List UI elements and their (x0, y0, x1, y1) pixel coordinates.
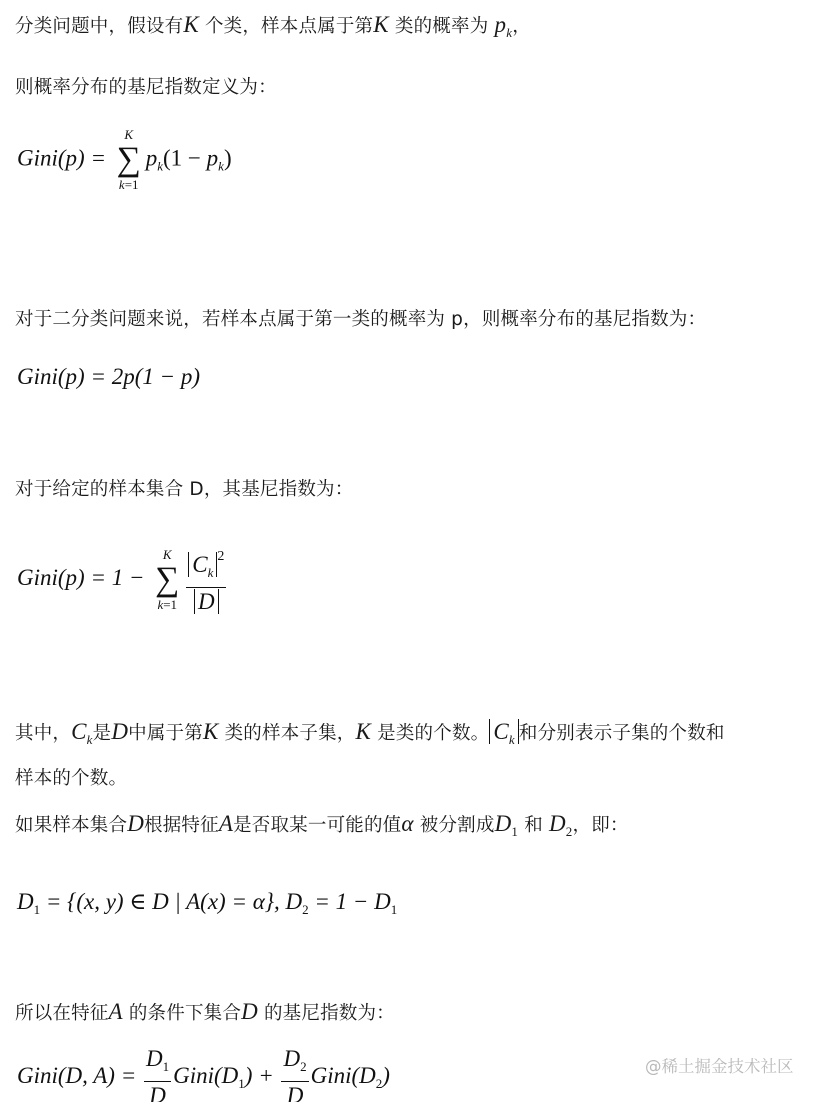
summation-symbol: K∑k=1 (114, 145, 144, 175)
formula-gini-binary: Gini(p) = 2p(1 − p) (17, 364, 200, 390)
fraction: Ck2D (186, 543, 226, 616)
paragraph-binary: 对于二分类问题来说，若样本点属于第一类的概率为 p，则概率分布的基尼指数为： (15, 308, 706, 332)
formula-gini-sum: Gini(p) = K∑k=1pk(1 − pk) (17, 145, 232, 175)
paragraph-conditional: 所以在特征A 的条件下集合D 的基尼指数为： (15, 1000, 395, 1026)
paragraph-sample-set: 对于给定的样本集合 D，其基尼指数为： (15, 478, 353, 502)
paragraph-intro: 分类问题中，假设有K 个类，样本点属于第K 类的概率为 pk， (15, 13, 531, 45)
formula-split-def: D1 = {(x, y) ∈ D | A(x) = α}, D2 = 1 − D… (17, 889, 397, 918)
summation-symbol: K∑k=1 (152, 565, 182, 595)
watermark: @稀土掘金技术社区 (645, 1053, 794, 1077)
formula-gini-set: Gini(p) = 1 − K∑k=1Ck2D (17, 543, 228, 616)
paragraph-split: 如果样本集合D根据特征A是否取某一可能的值α 被分割成D1 和 D2，即： (15, 812, 629, 844)
paragraph-where-cont: 样本的个数。 (15, 767, 127, 791)
paragraph-where: 其中，Ck是D中属于第K 类的样本子集，K 是类的个数。Ck和分别表示子集的个数… (15, 720, 725, 752)
paragraph-definition: 则概率分布的基尼指数定义为： (15, 76, 277, 100)
formula-gini-conditional: Gini(D, A) = D1DGini(D1) + D2DGini(D2) (17, 1045, 390, 1102)
